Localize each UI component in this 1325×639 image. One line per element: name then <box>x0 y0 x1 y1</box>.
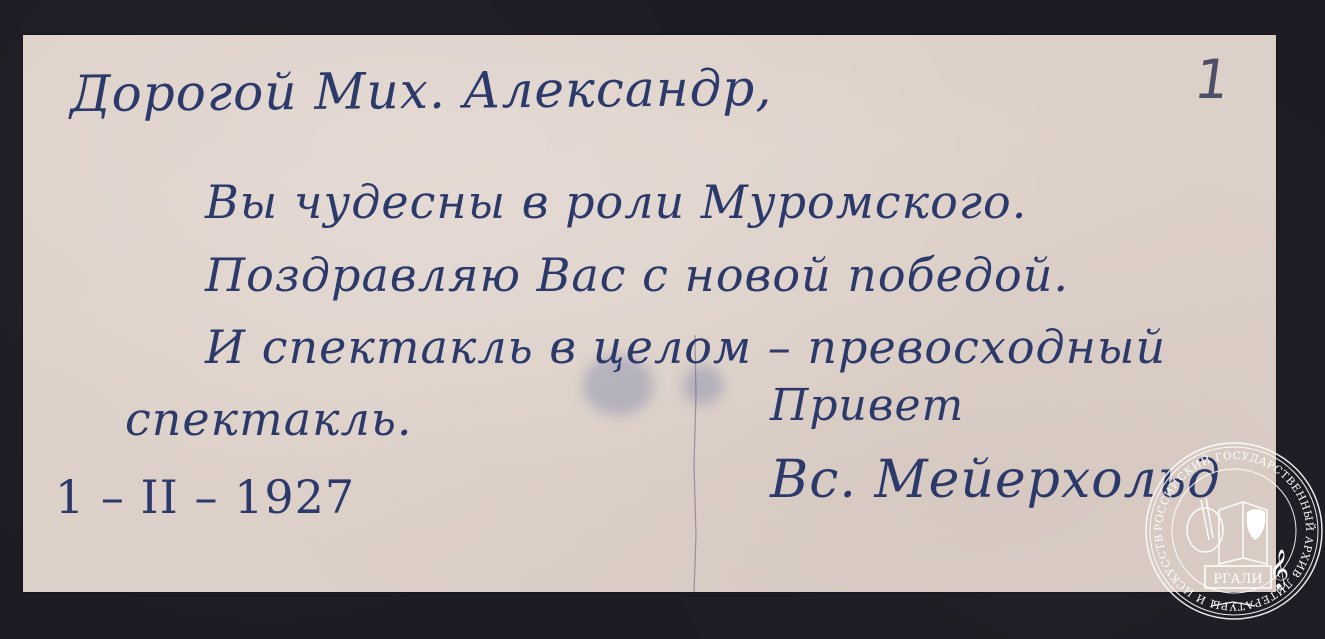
body-line: И спектакль в целом – превосходный <box>205 320 1166 374</box>
treble-clef-icon: 𝄞 <box>1269 549 1289 590</box>
palette-icon <box>1187 498 1223 552</box>
archive-stamp: РОССИЙСКИЙ ГОСУДАРСТВЕННЫЙ АРХИВ ЛИТЕРАТ… <box>1143 440 1325 622</box>
body-line: Вы чудесны в роли Муромского. <box>205 175 1027 229</box>
salutation: Дорогой Мих. Александр, <box>70 59 773 123</box>
body-line: Поздравляю Вас с новой победой. <box>205 248 1069 302</box>
body-line: спектакль. <box>125 392 413 446</box>
svg-text:𝄞: 𝄞 <box>1269 549 1289 590</box>
closing: Привет <box>770 380 964 431</box>
theater-mask-icon <box>1247 509 1266 540</box>
stamp-abbreviation: РГАЛИ <box>1213 572 1262 587</box>
film-strip-icon: РГАЛИ <box>1205 566 1271 588</box>
date: 1 – II – 1927 <box>55 470 355 524</box>
